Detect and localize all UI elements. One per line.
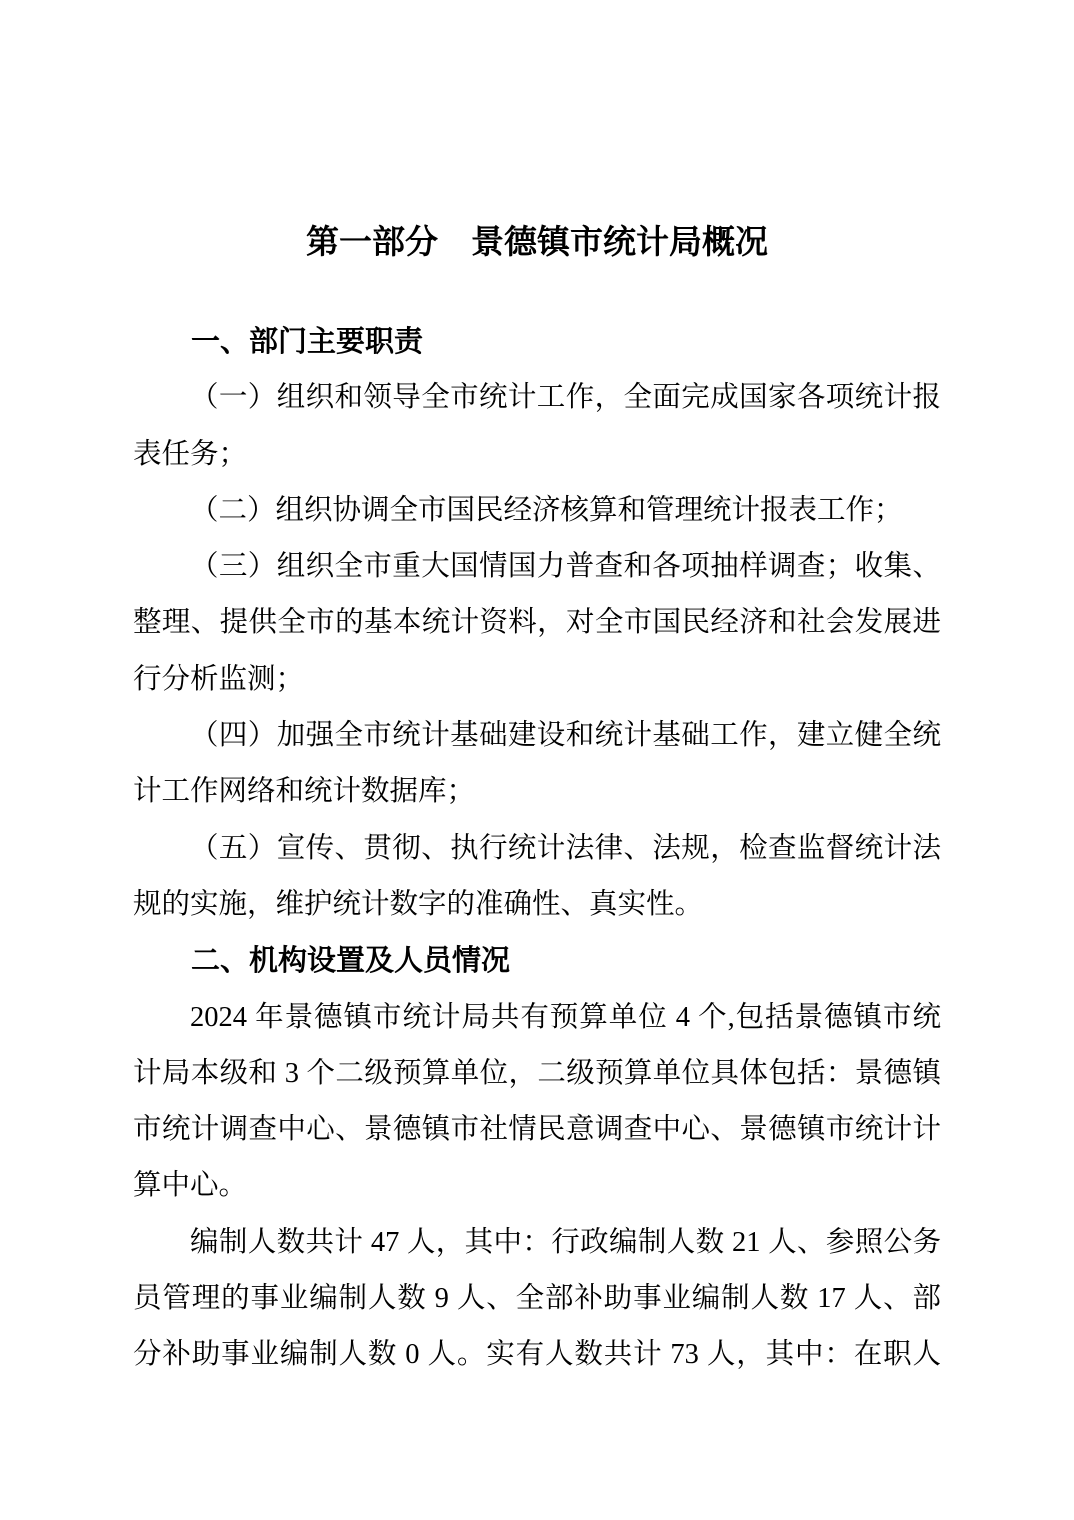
text-line: （三）组织全市重大国情国力普查和各项抽样调查；收集、 (133, 539, 941, 595)
document-title: 第一部分 景德镇市统计局概况 (133, 215, 941, 271)
text-line: 行分析监测； (133, 652, 941, 708)
paragraph: （三）组织全市重大国情国力普查和各项抽样调查；收集、整理、提供全市的基本统计资料… (133, 539, 941, 708)
text-line: 表任务； (133, 427, 941, 483)
section-heading: 二、机构设置及人员情况 (133, 933, 941, 989)
text-line: 分补助事业编制人数 0 人。实有人数共计 73 人，其中：在职人 (133, 1327, 941, 1383)
paragraph: （一）组织和领导全市统计工作，全面完成国家各项统计报表任务； (133, 370, 941, 483)
text-line: （五）宣传、贯彻、执行统计法律、法规，检查监督统计法 (133, 821, 941, 877)
text-line: 编制人数共计 47 人，其中：行政编制人数 21 人、参照公务 (133, 1215, 941, 1271)
text-line: 市统计调查中心、景德镇市社情民意调查中心、景德镇市统计计 (133, 1102, 941, 1158)
section-heading: 一、部门主要职责 (133, 314, 941, 370)
paragraph: （二）组织协调全市国民经济核算和管理统计报表工作； (133, 483, 941, 539)
text-line: （四）加强全市统计基础建设和统计基础工作，建立健全统 (133, 708, 941, 764)
text-line: 算中心。 (133, 1158, 941, 1214)
text-line: （一）组织和领导全市统计工作，全面完成国家各项统计报 (133, 370, 941, 426)
paragraph: （五）宣传、贯彻、执行统计法律、法规，检查监督统计法规的实施，维护统计数字的准确… (133, 821, 941, 934)
paragraph: 2024 年景德镇市统计局共有预算单位 4 个,包括景德镇市统计局本级和 3 个… (133, 990, 941, 1215)
paragraph: 编制人数共计 47 人，其中：行政编制人数 21 人、参照公务员管理的事业编制人… (133, 1215, 941, 1384)
document-body: 一、部门主要职责（一）组织和领导全市统计工作，全面完成国家各项统计报表任务；（二… (133, 314, 941, 1384)
text-line: 计工作网络和统计数据库； (133, 764, 941, 820)
text-line: 计局本级和 3 个二级预算单位，二级预算单位具体包括：景德镇 (133, 1046, 941, 1102)
paragraph: （四）加强全市统计基础建设和统计基础工作，建立健全统计工作网络和统计数据库； (133, 708, 941, 821)
text-line: （二）组织协调全市国民经济核算和管理统计报表工作； (133, 483, 941, 539)
text-line: 员管理的事业编制人数 9 人、全部补助事业编制人数 17 人、部 (133, 1271, 941, 1327)
document-page: 第一部分 景德镇市统计局概况 一、部门主要职责（一）组织和领导全市统计工作，全面… (0, 0, 1074, 1520)
text-line: 2024 年景德镇市统计局共有预算单位 4 个,包括景德镇市统 (133, 990, 941, 1046)
text-line: 整理、提供全市的基本统计资料，对全市国民经济和社会发展进 (133, 595, 941, 651)
text-line: 规的实施，维护统计数字的准确性、真实性。 (133, 877, 941, 933)
